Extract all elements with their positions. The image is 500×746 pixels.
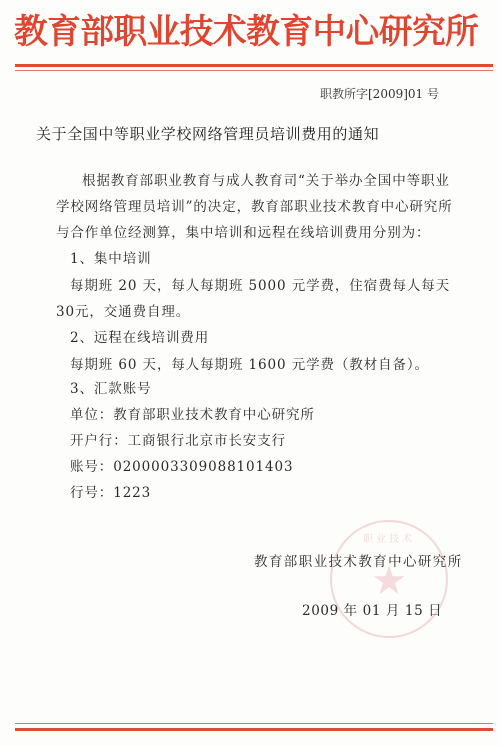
section1-line-2: 30元，交通费自理。 <box>56 303 190 321</box>
document-title: 关于全国中等职业学校网络管理员培训费用的通知 <box>36 124 456 144</box>
masthead-rule-thin <box>15 70 493 71</box>
intro-line-2: 学校网络管理员培训”的决定，教育部职业技术教育中心研究所 <box>56 198 453 216</box>
section1-heading: 1、集中培训 <box>70 250 152 268</box>
section3-heading: 3、汇款账号 <box>70 380 152 398</box>
document-page: 教育部职业技术教育中心研究所 职教所字[2009]01 号 关于全国中等职业学校… <box>0 0 500 746</box>
section2-heading: 2、远程在线培训费用 <box>70 329 209 347</box>
remit-account: 账号：0200003309088101403 <box>70 458 294 476</box>
document-number: 职教所字[2009]01 号 <box>320 86 439 102</box>
footer-rule-thin <box>15 723 493 724</box>
section1-line-1: 每期班 20 天，每人每期班 5000 元学费，住宿费每人每天 <box>70 277 450 295</box>
remit-bank: 开户行：工商银行北京市长安支行 <box>70 432 286 450</box>
intro-line-1: 根据教育部职业教育与成人教育司“关于举办全国中等职业 <box>82 172 450 190</box>
signature-org: 教育部职业技术教育中心研究所 <box>254 553 463 571</box>
official-seal: 职业技术 ★ <box>330 520 448 638</box>
intro-line-3: 与合作单位经测算，集中培训和远程在线培训费用分别为： <box>56 224 430 242</box>
footer-rule-thick <box>15 728 493 731</box>
signature-date: 2009 年 01 月 15 日 <box>302 602 442 620</box>
section2-line-1: 每期班 60 天，每人每期班 1600 元学费（教材自备）。 <box>70 356 429 374</box>
masthead-org-name: 教育部职业技术教育中心研究所 <box>14 10 487 54</box>
seal-text: 职业技术 <box>332 530 446 545</box>
remit-unit: 单位：教育部职业技术教育中心研究所 <box>70 406 315 424</box>
remit-bank-code: 行号：1223 <box>70 484 151 502</box>
masthead-rule-thick <box>15 64 493 67</box>
